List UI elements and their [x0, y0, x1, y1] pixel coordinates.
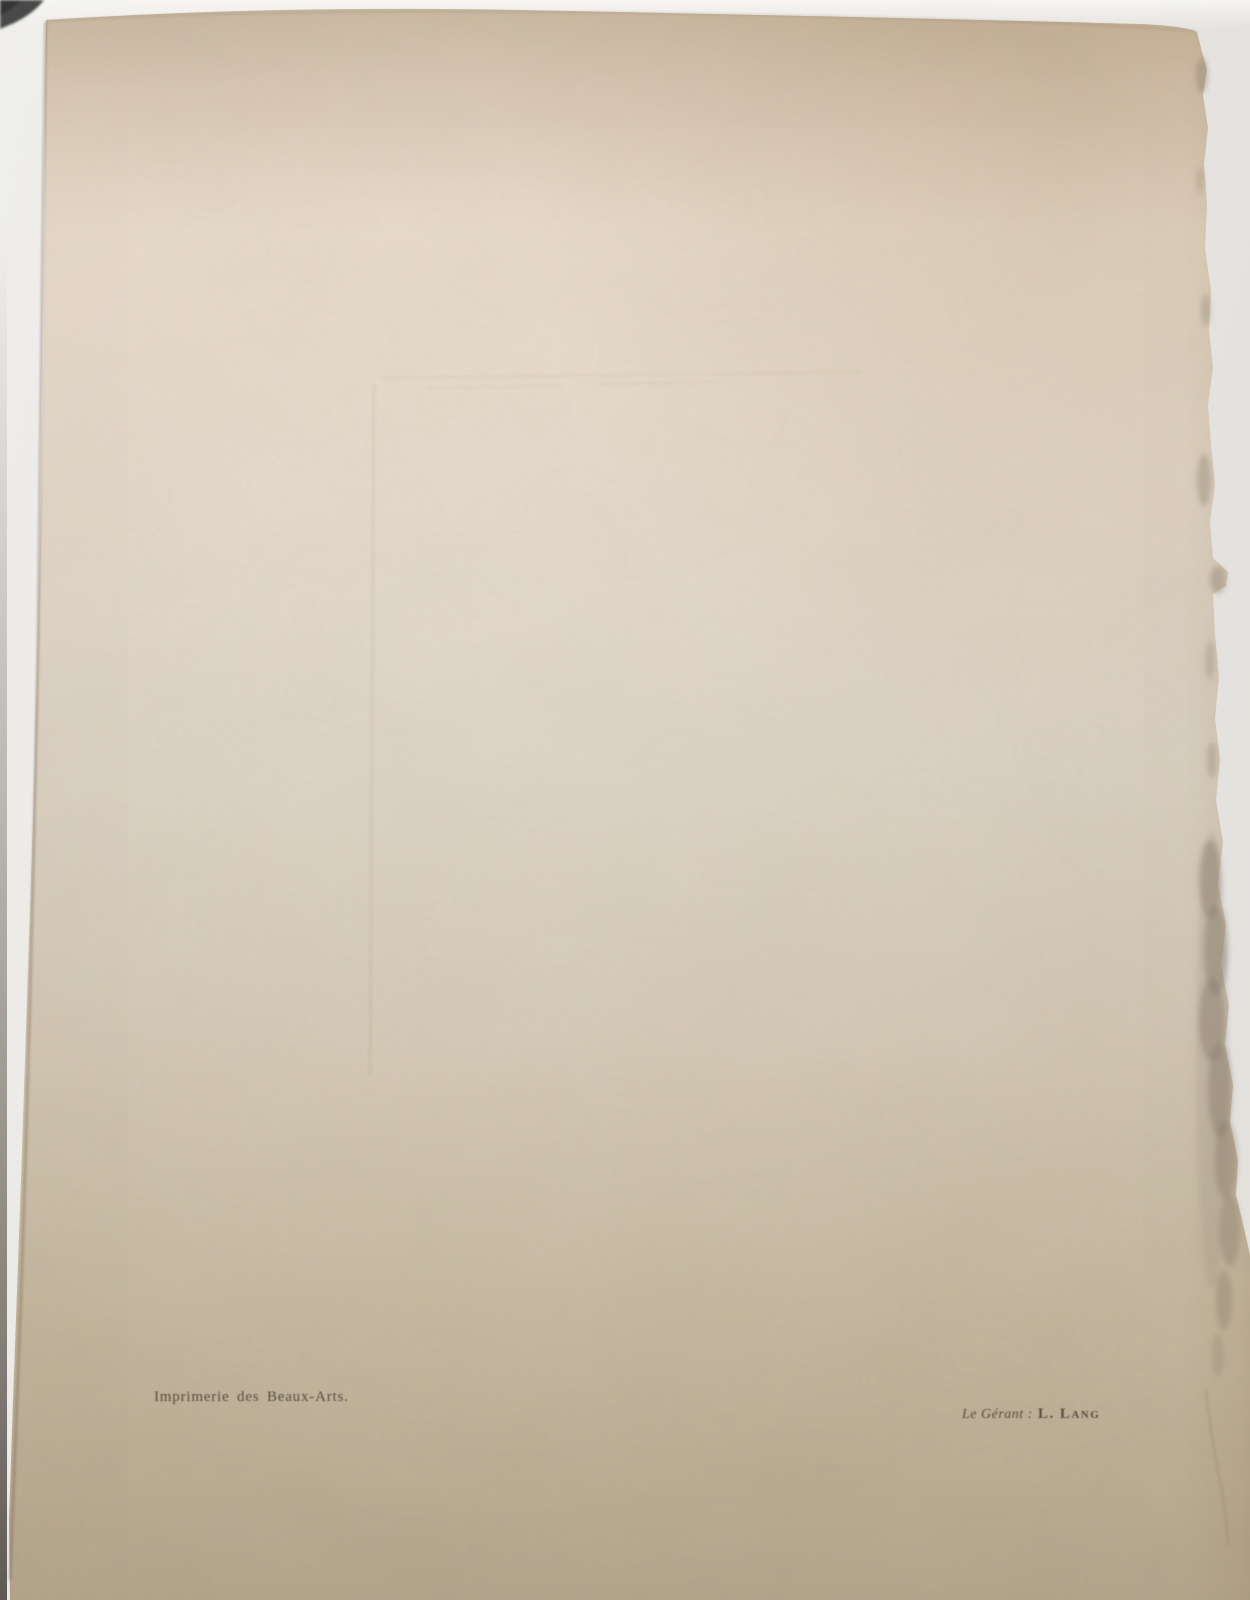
- paper-sheet: [0, 0, 1250, 1600]
- left-gutter-shadow: [0, 240, 7, 1600]
- gerant-label: Le Gérant :: [962, 1407, 1033, 1422]
- gerant-imprint: Le Gérant :L. Lang: [962, 1406, 1100, 1423]
- paper-sheet-graphic: [0, 0, 1250, 1600]
- corner-dark-object: [0, 0, 44, 29]
- paper-grain: [0, 0, 1250, 1600]
- gerant-name: L. Lang: [1038, 1406, 1100, 1422]
- photo-of-page: Imprimerie des Beaux-Arts. Le Gérant :L.…: [0, 0, 1250, 1600]
- printer-imprint: Imprimerie des Beaux-Arts.: [154, 1389, 349, 1406]
